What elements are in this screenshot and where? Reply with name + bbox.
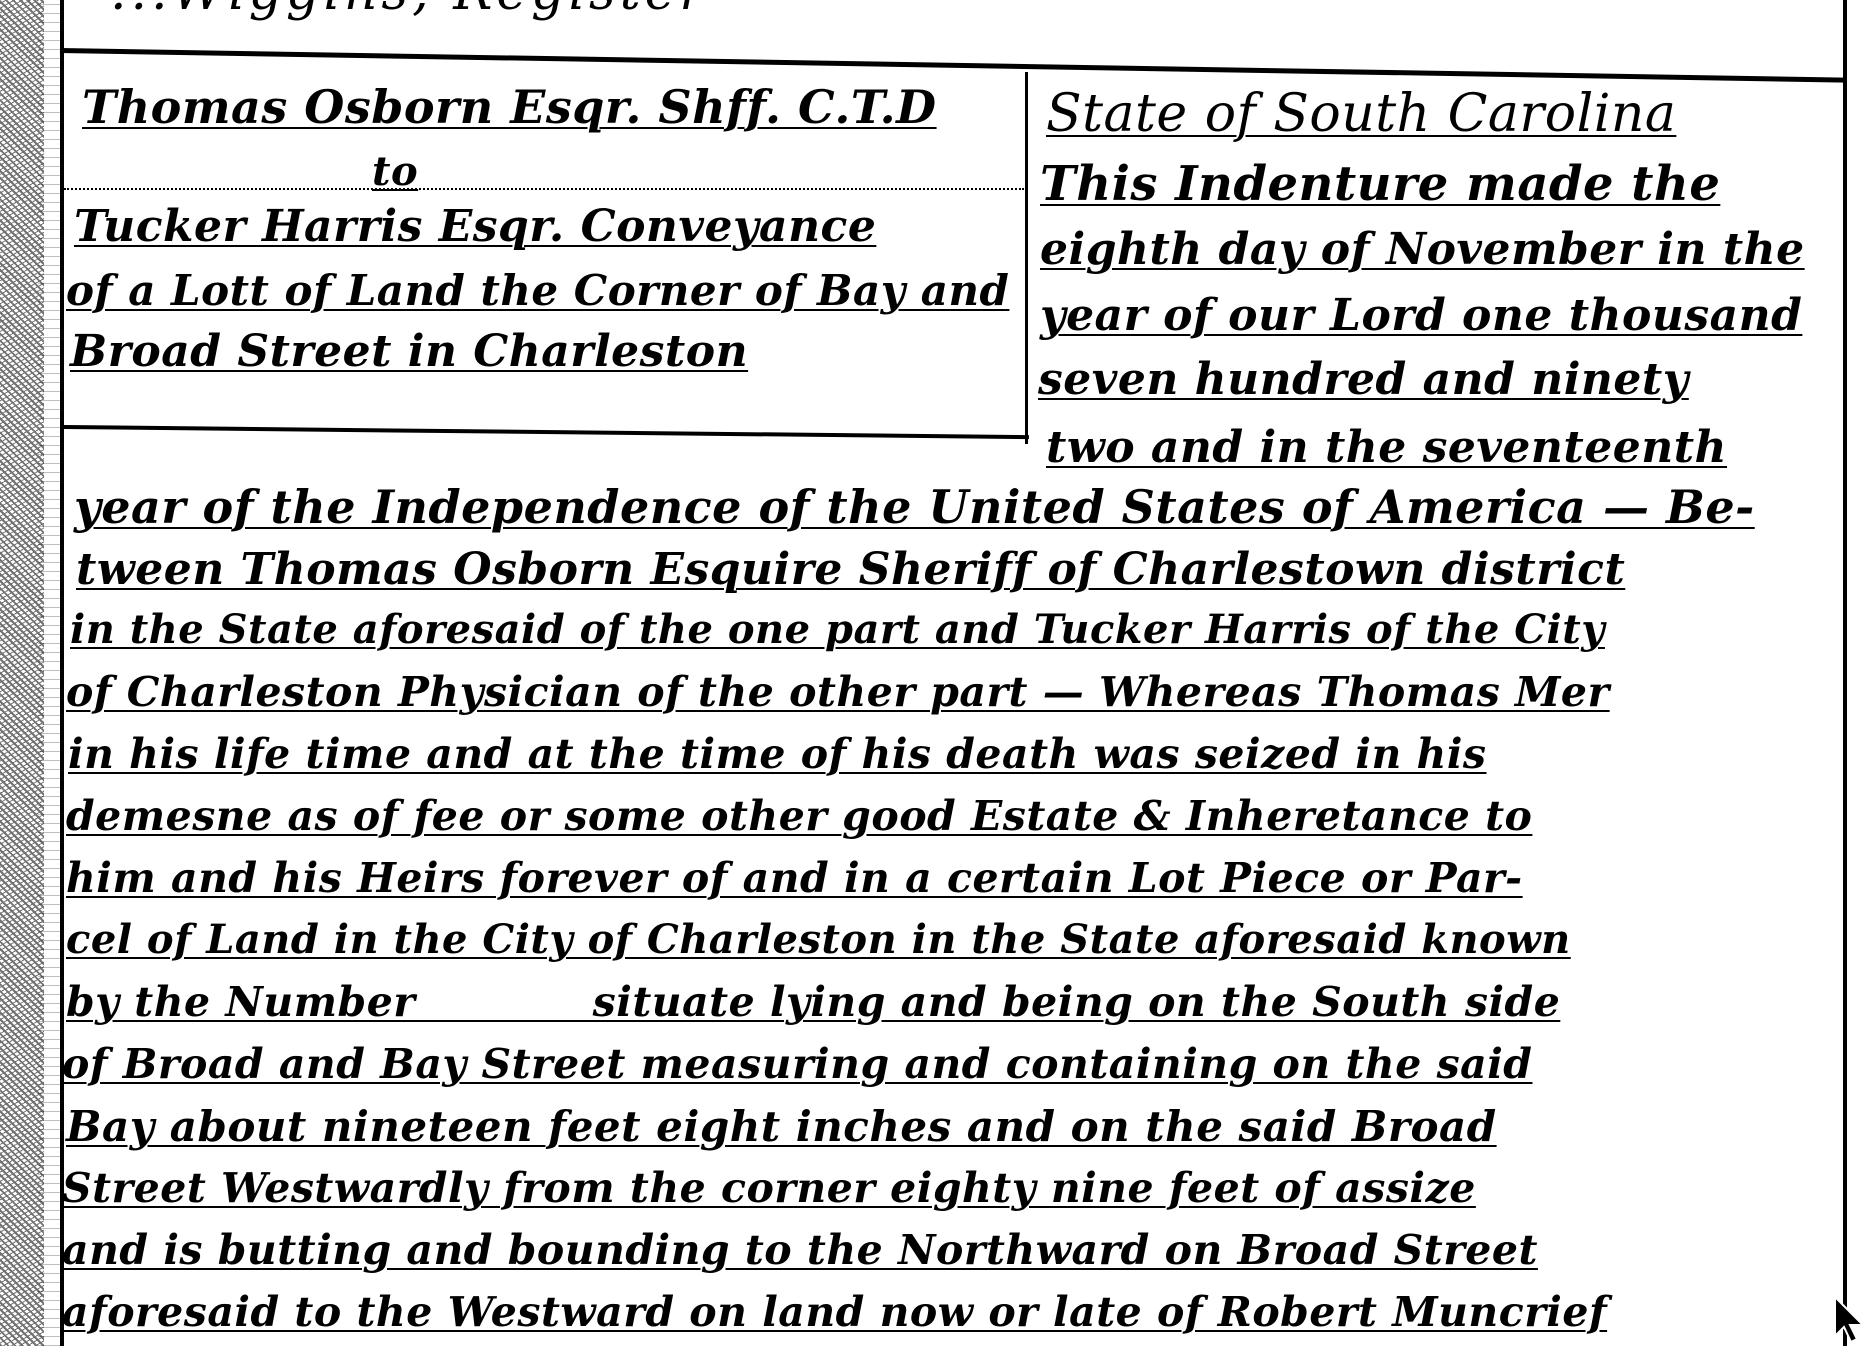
caption-grantor: Thomas Osborn Esqr. Shff. C.T.D [82, 84, 937, 130]
indenture-line-1: This Indenture made the [1040, 160, 1720, 208]
body-line: Bay about nineteen feet eight inches and… [66, 1106, 1497, 1148]
header-box-divider [1025, 72, 1028, 444]
prior-entry-fragment: ...Wiggins, Register [110, 0, 1810, 22]
body-line: of Charleston Physician of the other par… [66, 672, 1610, 713]
indenture-line-5: two and in the seventeenth [1046, 426, 1727, 470]
body-line: tween Thomas Osborn Esquire Sheriff of C… [76, 548, 1625, 592]
caption-grantee: Tucker Harris Esqr. Conveyance [74, 205, 876, 249]
caption-street: Broad Street in Charleston [70, 330, 748, 374]
body-line: demesne as of fee or some other good Est… [66, 796, 1532, 837]
scan-edge-fade [38, 0, 62, 1346]
ledger-left-border [60, 0, 64, 1346]
indenture-line-2: eighth day of November in the [1040, 228, 1805, 272]
header-box-bottom-rule [64, 425, 1029, 439]
body-line: in the State aforesaid of the one part a… [70, 610, 1605, 650]
caption-lot: of a Lott of Land the Corner of Bay and [66, 270, 1009, 312]
indenture-line-3: year of our Lord one thousand [1040, 294, 1802, 338]
body-line: by the Number situate lying and being on… [66, 982, 1560, 1023]
entry-top-rule [60, 48, 1846, 83]
caption-rule [64, 188, 1024, 190]
body-line: in his life time and at the time of his … [68, 734, 1487, 775]
body-line: aforesaid to the Westward on land now or… [62, 1292, 1607, 1333]
body-line: Street Westwardly from the corner eighty… [62, 1168, 1476, 1209]
state-heading: State of South Carolina [1046, 88, 1676, 140]
body-line: and is butting and bounding to the North… [62, 1230, 1538, 1271]
body-line: year of the Independence of the United S… [74, 484, 1755, 530]
body-line: of Broad and Bay Street measuring and co… [62, 1044, 1532, 1085]
indenture-line-4: seven hundred and ninety [1038, 358, 1689, 402]
body-line: him and his Heirs forever of and in a ce… [66, 858, 1523, 899]
caption-to: to [372, 152, 418, 192]
body-line: cel of Land in the City of Charleston in… [66, 920, 1571, 960]
ledger-right-border [1843, 0, 1847, 1346]
